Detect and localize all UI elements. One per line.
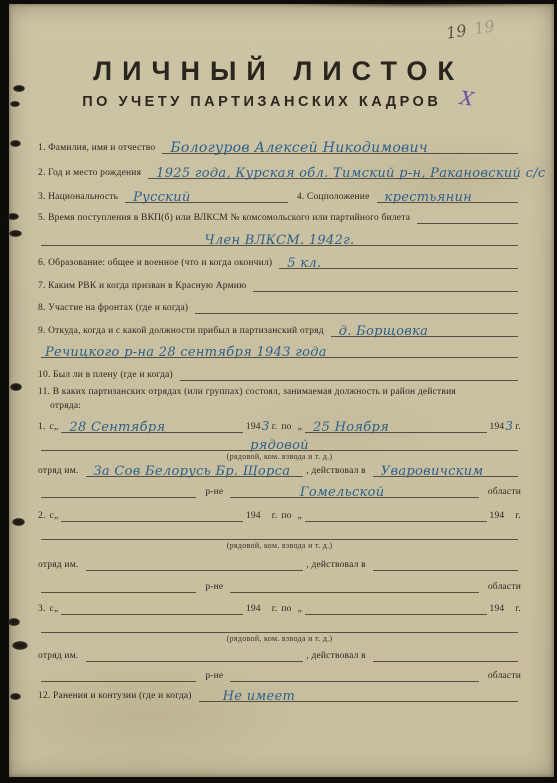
- entry-3-num: 3.: [38, 604, 50, 615]
- field-fronts-line: [195, 299, 518, 314]
- entry-1-g1: г.: [272, 422, 282, 433]
- field-rvk-line: [253, 277, 518, 292]
- entry-1-unit-value: За Сов Белорусь Бр. Щорса: [94, 464, 291, 479]
- field-social-label: 4. Соцположение: [291, 192, 374, 203]
- entry-1-num: 1.: [38, 422, 50, 433]
- entry-1-year2: 194: [490, 422, 505, 433]
- service-entry-3-dates: 3. с „ 194г. по „ 194г.: [38, 599, 521, 615]
- field-fronts: 8. Участие на фронтах (где и когда): [38, 298, 521, 314]
- field-education-label: 6. Образование: общее и военное (что и к…: [38, 258, 276, 269]
- field-nationality-line: Русский: [125, 188, 288, 203]
- entry-2-open-quote: „: [54, 511, 58, 522]
- field-surname: 1. Фамилия, имя и отчество Бологуров Але…: [38, 138, 521, 154]
- entry-1-open-quote: „: [54, 422, 58, 433]
- field-arrival-line: д. Борщовка: [331, 322, 518, 337]
- punch-hole: [10, 140, 21, 147]
- field-captivity-label: 10. Был ли в плену (где и когда): [38, 370, 177, 381]
- entry-2-open-quote2: „: [292, 511, 302, 522]
- entry-2-to-line: [305, 507, 487, 522]
- service-entry-2-rank-row: [38, 524, 521, 540]
- entry-3-otryad-label: отряд им.: [38, 651, 83, 662]
- entry-3-open-quote: „: [54, 604, 58, 615]
- entry-2-from-line: [61, 507, 243, 522]
- field-nationality-social: 3. Национальность Русский 4. Соцположени…: [38, 187, 521, 203]
- entry-3-district-line: [41, 667, 196, 682]
- entry-1-g2: г.: [515, 422, 521, 433]
- entry-2-g2: г.: [515, 511, 521, 522]
- field-birth-label: 2. Год и место рождения: [38, 168, 145, 179]
- entry-1-oblast-line: Гомельской: [230, 483, 479, 498]
- punch-hole: [10, 693, 21, 700]
- field-arrival-value: д. Борщовка: [339, 324, 428, 339]
- field-party-label: 5. Время поступления в ВКП(б) или ВЛКСМ …: [38, 213, 414, 224]
- field-captivity-line: [180, 366, 518, 381]
- entry-1-district-line: [41, 483, 196, 498]
- entry-1-rank-line: рядовой: [41, 436, 518, 451]
- field-wounds-value: Не имеет: [223, 689, 295, 704]
- field-birth: 2. Год и место рождения 1925 года, Курск…: [38, 163, 521, 179]
- entry-1-acted-line: Уваровичским: [373, 462, 518, 477]
- entry-3-acted-line: [373, 647, 518, 662]
- entry-2-unit-line: [86, 556, 304, 571]
- field-arrival-line2: Речицкого р-на 28 сентября 1943 года: [38, 342, 521, 358]
- field-rvk-label: 7. Каким РВК и когда призван в Красную А…: [38, 281, 250, 292]
- entry-2-year1: 194: [246, 511, 261, 522]
- field-arrival: 9. Откуда, когда и с какой должности при…: [38, 321, 521, 337]
- form-subtitle: ПО УЧЕТУ ПАРТИЗАНСКИХ КАДРОВ: [0, 94, 524, 110]
- field-captivity: 10. Был ли в плену (где и когда): [38, 365, 521, 381]
- field-party-line-short: [417, 209, 518, 224]
- entry-3-oblast-label: области: [482, 671, 521, 682]
- entry-3-acted-label: , действовал в: [306, 651, 370, 662]
- field-party-line: Член ВЛКСМ. 1942г.: [41, 231, 518, 246]
- entry-3-g1: г.: [272, 604, 282, 615]
- service-entry-1-rank-row: рядовой: [38, 435, 521, 451]
- punch-hole: [10, 383, 22, 391]
- field-education-value: 5 кл.: [287, 256, 321, 271]
- entry-3-to-line: [305, 600, 487, 615]
- entry-2-acted-label: , действовал в: [306, 560, 370, 571]
- entry-1-from-line: 28 Сентября: [61, 418, 243, 433]
- field-arrival-label: 9. Откуда, когда и с какой должности при…: [38, 326, 328, 337]
- entry-3-year2: 194: [490, 604, 505, 615]
- service-entry-3-region-row: р-не области: [38, 666, 521, 682]
- field-social-value: крестьянин: [385, 190, 473, 205]
- punch-hole: [8, 618, 20, 626]
- entry-2-district-line: [41, 578, 196, 593]
- service-entry-1-dates: 1. с „ 28 Сентября 1943г. по „ 25 Ноября…: [38, 417, 521, 433]
- field-wounds-line: Не имеет: [199, 687, 518, 702]
- field-surname-label: 1. Фамилия, имя и отчество: [38, 143, 159, 154]
- entry-2-year2: 194: [490, 511, 505, 522]
- entry-2-num: 2.: [38, 511, 50, 522]
- service-entry-2-dates: 2. с „ 194г. по „ 194г.: [38, 506, 521, 522]
- field-social-line: крестьянин: [377, 188, 518, 203]
- entry-1-rne-label: р-не: [199, 487, 227, 498]
- entry-3-year1: 194: [246, 604, 261, 615]
- entry-2-rne-label: р-не: [199, 582, 227, 593]
- field-arrival-line2-rule: Речицкого р-на 28 сентября 1943 года: [41, 343, 518, 358]
- service-entry-1-region-row: р-не Гомельской области: [38, 482, 521, 498]
- service-entry-3-unit-row: отряд им. , действовал в: [38, 646, 521, 662]
- handwritten-check-mark: Х: [459, 87, 475, 111]
- scanned-document: 1919 ЛИЧНЫЙ ЛИСТОК ПО УЧЕТУ ПАРТИЗАНСКИХ…: [0, 0, 557, 783]
- entry-1-rank-value: рядовой: [250, 438, 309, 453]
- service-entry-2-unit-row: отряд им. , действовал в: [38, 555, 521, 571]
- entry-1-unit-line: За Сов Белорусь Бр. Щорса: [86, 462, 304, 477]
- entry-1-open-quote2: „: [292, 422, 302, 433]
- punch-hole: [7, 213, 19, 220]
- entry-1-from-value: 28 Сентября: [69, 420, 165, 435]
- entry-3-unit-line: [86, 647, 304, 662]
- entry-2-po: по: [281, 511, 291, 522]
- field-units-heading: 11. В каких партизанских отрядах (или гр…: [38, 386, 521, 399]
- punch-hole: [12, 641, 28, 650]
- service-entry-1-unit-row: отряд им. За Сов Белорусь Бр. Щорса , де…: [38, 461, 521, 477]
- entry-1-to-value: 25 Ноября: [313, 420, 389, 435]
- service-entry-2-region-row: р-не области: [38, 577, 521, 593]
- service-entry-3-rank-row: [38, 617, 521, 633]
- entry-1-acted-value: Уваровичским: [381, 464, 484, 479]
- field-education-line: 5 кл.: [279, 254, 518, 269]
- field-surname-value: Бологуров Алексей Никодимович: [170, 140, 428, 156]
- field-surname-line: Бологуров Алексей Никодимович: [162, 139, 518, 154]
- entry-1-to-line: 25 Ноября: [305, 418, 487, 433]
- entry-2-acted-line: [373, 556, 518, 571]
- entry-1-oblast-label: области: [482, 487, 521, 498]
- field-party-line2: Член ВЛКСМ. 1942г.: [38, 230, 521, 246]
- entry-1-otryad-label: отряд им.: [38, 466, 83, 477]
- entry-3-rank-line: [41, 618, 518, 633]
- entry-1-po: по: [281, 422, 291, 433]
- field-fronts-label: 8. Участие на фронтах (где и когда): [38, 303, 192, 314]
- entry-2-oblast-line: [230, 578, 479, 593]
- entry-1-year1-digit: 3: [262, 419, 270, 433]
- punch-hole: [12, 518, 25, 526]
- field-wounds-label: 12. Ранения и контузии (где и когда): [38, 691, 196, 702]
- field-nationality-value: Русский: [133, 190, 190, 205]
- entry-2-rank-hint: (рядовой, ком. взвода и т. д.): [38, 541, 521, 550]
- field-units-heading2: отряда:: [50, 400, 521, 413]
- entry-2-otryad-label: отряд им.: [38, 560, 83, 571]
- entry-3-g2: г.: [515, 604, 521, 615]
- scan-edge-shadow: [280, 0, 550, 8]
- punch-hole: [9, 230, 22, 237]
- entry-1-rank-hint: (рядовой, ком. взвода и т. д.): [38, 452, 521, 461]
- field-rvk: 7. Каким РВК и когда призван в Красную А…: [38, 276, 521, 292]
- entry-1-year1: 194: [246, 422, 261, 433]
- entry-1-acted-label: , действовал в: [306, 466, 370, 477]
- entry-3-from-line: [61, 600, 243, 615]
- field-birth-value: 1925 года, Курская обл. Тимский р-н, Рак…: [156, 166, 545, 181]
- entry-3-rne-label: р-не: [199, 671, 227, 682]
- entry-3-open-quote2: „: [292, 604, 302, 615]
- entry-2-oblast-label: области: [482, 582, 521, 593]
- entry-3-po: по: [281, 604, 291, 615]
- entry-1-oblast-value: Гомельской: [300, 485, 385, 500]
- field-arrival-value2: Речицкого р-на 28 сентября 1943 года: [45, 345, 327, 360]
- field-education: 6. Образование: общее и военное (что и к…: [38, 253, 521, 269]
- entry-3-rank-hint: (рядовой, ком. взвода и т. д.): [38, 634, 521, 643]
- field-party-value: Член ВЛКСМ. 1942г.: [205, 233, 355, 248]
- entry-2-g1: г.: [272, 511, 282, 522]
- entry-1-year2-digit: 3: [505, 419, 513, 433]
- field-nationality-label: 3. Национальность: [38, 192, 122, 203]
- entry-3-oblast-line: [230, 667, 479, 682]
- field-birth-line: 1925 года, Курская обл. Тимский р-н, Рак…: [148, 164, 518, 179]
- field-wounds: 12. Ранения и контузии (где и когда) Не …: [38, 686, 521, 702]
- field-party: 5. Время поступления в ВКП(б) или ВЛКСМ …: [38, 208, 521, 224]
- form-title: ЛИЧНЫЙ ЛИСТОК: [0, 56, 557, 87]
- entry-2-rank-line: [41, 525, 518, 540]
